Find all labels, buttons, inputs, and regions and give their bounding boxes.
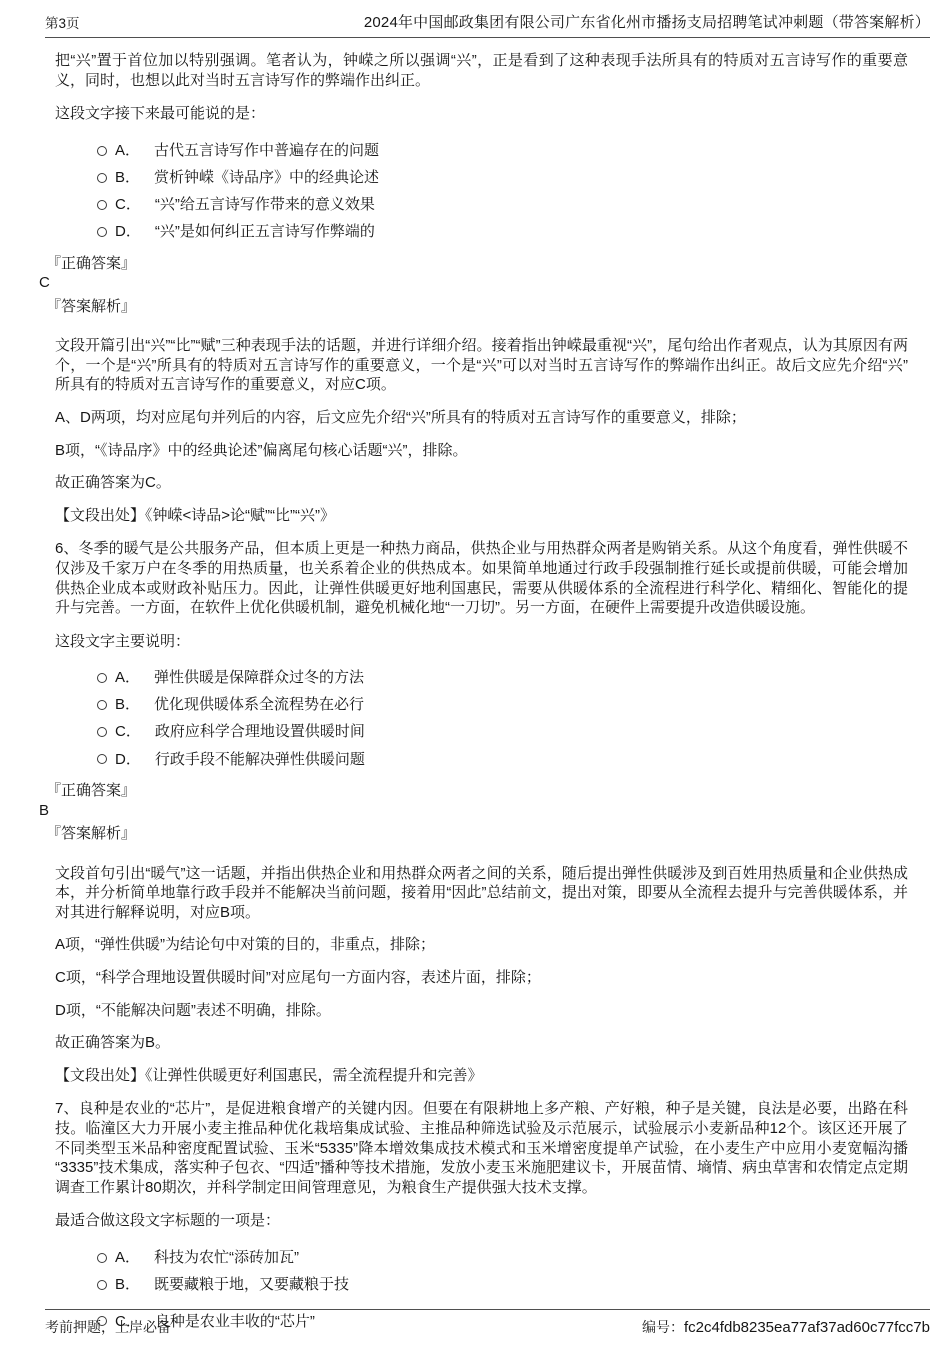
option-row-a[interactable]: A． 古代五言诗写作中普遍存在的问题 <box>97 141 920 161</box>
correct-answer-value: B <box>39 801 920 821</box>
question-6-options: A． 弹性供暖是保障群众过冬的方法 B． 优化现供暖体系全流程势在必行 C． 政… <box>97 668 920 769</box>
analysis-paragraph: A、D两项，均对应尾句并列后的内容，后文应先介绍“兴”所具有的特质对五言诗写作的… <box>55 408 908 428</box>
question-5-block: 把“兴”置于首位加以特别强调。笔者认为，钟嵘之所以强调“兴”，正是看到了这种表现… <box>38 51 920 525</box>
option-text: 科技为农忙“添砖加瓦” <box>154 1248 299 1268</box>
option-row-b[interactable]: B． 既要藏粮于地，又要藏粮于技 <box>97 1275 920 1295</box>
radio-button-icon[interactable] <box>97 754 107 764</box>
correct-answer-value: C <box>39 273 920 293</box>
option-text: 赏析钟嵘《诗品序》中的经典论述 <box>154 168 379 188</box>
option-row-b[interactable]: B． 赏析钟嵘《诗品序》中的经典论述 <box>97 168 920 188</box>
option-text: 政府应科学合理地设置供暖时间 <box>155 722 365 742</box>
option-letter: B． <box>115 695 140 715</box>
option-letter: D． <box>115 750 141 770</box>
option-letter: A． <box>115 1248 140 1268</box>
option-letter: A． <box>115 668 140 688</box>
question-7-block: 7、良种是农业的“芯片”，是促进粮食增产的关键内因。但要在有限耕地上多产粮、产好… <box>38 1099 920 1331</box>
document-title: 2024年中国邮政集团有限公司广东省化州市播扬支局招聘笔试冲刺题（带答案解析） <box>364 11 930 32</box>
analysis-label: 『答案解析』 <box>46 824 920 844</box>
radio-button-icon[interactable] <box>97 1253 107 1263</box>
header-divider <box>45 37 930 38</box>
analysis-paragraph: C项，“科学合理地设置供暖时间”对应尾句一方面内容，表述片面，排除； <box>55 968 908 988</box>
option-text: “兴”是如何纠正五言诗写作弊端的 <box>155 222 375 242</box>
analysis-label: 『答案解析』 <box>46 297 920 317</box>
option-text: 行政手段不能解决弹性供暖问题 <box>155 750 365 770</box>
correct-answer-label: 『正确答案』 <box>46 254 920 274</box>
footer-serial: 编号：fc2c4fdb8235ea77af37ad60c77fcc7b <box>642 1317 930 1337</box>
footer-serial-code: fc2c4fdb8235ea77af37ad60c77fcc7b <box>684 1319 930 1336</box>
radio-button-icon[interactable] <box>97 227 107 237</box>
correct-answer-label: 『正确答案』 <box>46 781 920 801</box>
radio-button-icon[interactable] <box>97 200 107 210</box>
radio-button-icon[interactable] <box>97 173 107 183</box>
option-row-c[interactable]: C． 政府应科学合理地设置供暖时间 <box>97 722 920 742</box>
question-5-prompt: 这段文字接下来最可能说的是： <box>55 104 908 124</box>
question-5-intro: 把“兴”置于首位加以特别强调。笔者认为，钟嵘之所以强调“兴”，正是看到了这种表现… <box>55 51 908 90</box>
analysis-conclusion: 故正确答案为B。 <box>55 1033 908 1053</box>
analysis-conclusion: 故正确答案为C。 <box>55 473 908 493</box>
document-body: 把“兴”置于首位加以特别强调。笔者认为，钟嵘之所以强调“兴”，正是看到了这种表现… <box>0 51 950 1331</box>
option-letter: D． <box>115 222 141 242</box>
radio-button-icon[interactable] <box>97 146 107 156</box>
option-text: 优化现供暖体系全流程势在必行 <box>154 695 364 715</box>
option-letter: C． <box>115 195 141 215</box>
question-6-intro: 6、冬季的暖气是公共服务产品，但本质上更是一种热力商品，供热企业与用热群众两者是… <box>55 539 908 617</box>
option-row-d[interactable]: D． “兴”是如何纠正五言诗写作弊端的 <box>97 222 920 242</box>
source-reference: 【文段出处】《让弹性供暖更好利国惠民，需全流程提升和完善》 <box>55 1066 908 1086</box>
question-7-intro: 7、良种是农业的“芯片”，是促进粮食增产的关键内因。但要在有限耕地上多产粮、产好… <box>55 1099 908 1197</box>
option-text: “兴”给五言诗写作带来的意义效果 <box>155 195 375 215</box>
question-6-block: 6、冬季的暖气是公共服务产品，但本质上更是一种热力商品，供热企业与用热群众两者是… <box>38 539 920 1085</box>
analysis-paragraph: B项，“《诗品序》中的经典论述”偏离尾句核心话题“兴”，排除。 <box>55 441 908 461</box>
option-row-a[interactable]: A． 弹性供暖是保障群众过冬的方法 <box>97 668 920 688</box>
question-7-prompt: 最适合做这段文字标题的一项是： <box>55 1211 908 1231</box>
option-letter: B． <box>115 1275 140 1295</box>
page-footer: 考前押题，上岸必备 编号：fc2c4fdb8235ea77af37ad60c77… <box>45 1309 930 1337</box>
option-letter: A． <box>115 141 140 161</box>
option-letter: B． <box>115 168 140 188</box>
option-text: 既要藏粮于地，又要藏粮于技 <box>154 1275 349 1295</box>
option-row-d[interactable]: D． 行政手段不能解决弹性供暖问题 <box>97 750 920 770</box>
analysis-paragraph: A项，“弹性供暖”为结论句中对策的目的，非重点，排除； <box>55 935 908 955</box>
option-text: 弹性供暖是保障群众过冬的方法 <box>154 668 364 688</box>
radio-button-icon[interactable] <box>97 673 107 683</box>
radio-button-icon[interactable] <box>97 1280 107 1290</box>
radio-button-icon[interactable] <box>97 700 107 710</box>
question-6-prompt: 这段文字主要说明： <box>55 632 908 652</box>
analysis-paragraph: 文段首句引出“暖气”这一话题，并指出供热企业和用热群众两者之间的关系，随后提出弹… <box>55 864 908 923</box>
analysis-paragraph: D项，“不能解决问题”表述不明确，排除。 <box>55 1001 908 1021</box>
footer-serial-label: 编号： <box>642 1319 684 1335</box>
question-5-options: A． 古代五言诗写作中普遍存在的问题 B． 赏析钟嵘《诗品序》中的经典论述 C．… <box>97 141 920 242</box>
analysis-paragraph: 文段开篇引出“兴”“比”“赋”三种表现手法的话题，并进行详细介绍。接着指出钟嵘最… <box>55 336 908 395</box>
option-row-c[interactable]: C． “兴”给五言诗写作带来的意义效果 <box>97 195 920 215</box>
option-letter: C． <box>115 722 141 742</box>
footer-slogan: 考前押题，上岸必备 <box>45 1317 171 1337</box>
option-row-b[interactable]: B． 优化现供暖体系全流程势在必行 <box>97 695 920 715</box>
source-reference: 【文段出处】《钟嵘<诗品>论“赋”“比”“兴”》 <box>55 506 908 526</box>
option-row-a[interactable]: A． 科技为农忙“添砖加瓦” <box>97 1248 920 1268</box>
radio-button-icon[interactable] <box>97 727 107 737</box>
option-text: 古代五言诗写作中普遍存在的问题 <box>154 141 379 161</box>
page-number: 第3页 <box>45 12 80 32</box>
page-header: 第3页 2024年中国邮政集团有限公司广东省化州市播扬支局招聘笔试冲刺题（带答案… <box>0 0 950 37</box>
